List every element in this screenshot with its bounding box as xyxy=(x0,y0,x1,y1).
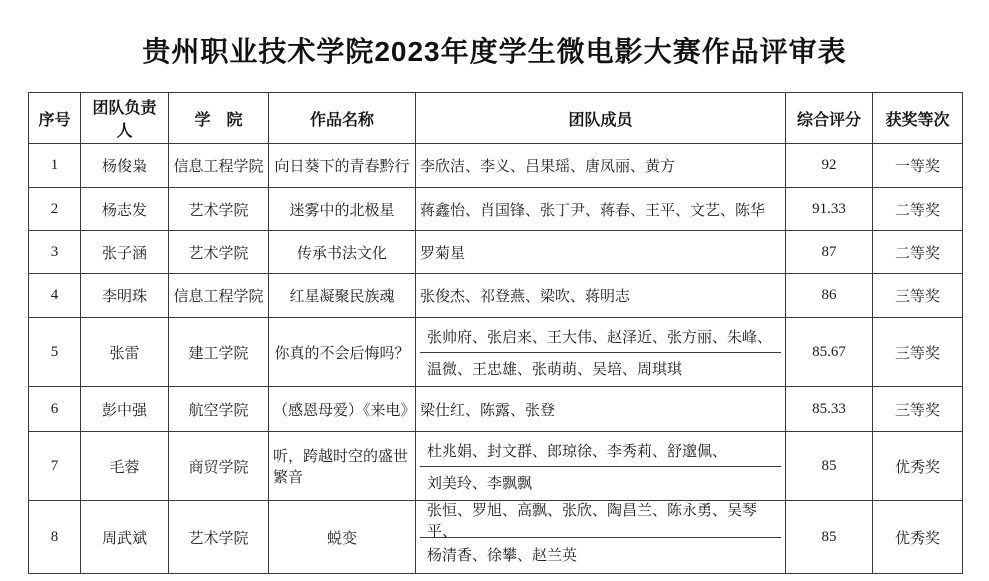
cell-score: 86 xyxy=(786,274,873,318)
cell-work: 听，跨越时空的盛世繁音 xyxy=(269,432,416,501)
cell-college: 信息工程学院 xyxy=(169,144,269,188)
table-header-row: 序号 团队负责人 学 院 作品名称 团队成员 综合评分 获奖等次 xyxy=(29,93,963,144)
cell-score: 87 xyxy=(786,231,873,274)
cell-members: 李欣洁、李义、吕果瑶、唐凤丽、黄方 xyxy=(416,144,786,188)
cell-no: 7 xyxy=(29,432,81,501)
header-no: 序号 xyxy=(29,93,81,144)
cell-work: 迷雾中的北极星 xyxy=(269,188,416,231)
cell-college: 商贸学院 xyxy=(169,432,269,501)
page-title: 贵州职业技术学院2023年度学生微电影大赛作品评审表 xyxy=(0,30,989,70)
cell-no: 3 xyxy=(29,231,81,274)
review-table: 序号 团队负责人 学 院 作品名称 团队成员 综合评分 获奖等次 1 杨俊枭 信… xyxy=(28,92,963,574)
cell-college: 航空学院 xyxy=(169,387,269,432)
members-line: 温微、王忠雄、张萌萌、吴培、周琪琪 xyxy=(420,352,781,384)
table-row: 1 杨俊枭 信息工程学院 向日葵下的青春黔行 李欣洁、李义、吕果瑶、唐凤丽、黄方… xyxy=(29,144,963,188)
cell-award: 三等奖 xyxy=(873,318,963,387)
cell-award: 一等奖 xyxy=(873,144,963,188)
cell-score: 91.33 xyxy=(786,188,873,231)
table-row: 3 张子涵 艺术学院 传承书法文化 罗菊星 87 二等奖 xyxy=(29,231,963,274)
members-line: 杨清香、徐攀、赵兰英 xyxy=(420,537,781,571)
cell-no: 8 xyxy=(29,501,81,574)
cell-award: 优秀奖 xyxy=(873,432,963,501)
cell-score: 85.67 xyxy=(786,318,873,387)
cell-work: 向日葵下的青春黔行 xyxy=(269,144,416,188)
cell-leader: 杨俊枭 xyxy=(81,144,169,188)
cell-no: 4 xyxy=(29,274,81,318)
cell-no: 5 xyxy=(29,318,81,387)
cell-work: 蜕变 xyxy=(269,501,416,574)
members-line: 张帅府、张启来、王大伟、赵泽近、张方丽、朱峰、 xyxy=(420,320,781,352)
members-line: 刘美玲、李飘飘 xyxy=(420,466,781,498)
cell-college: 艺术学院 xyxy=(169,501,269,574)
cell-award: 二等奖 xyxy=(873,231,963,274)
cell-members: 张帅府、张启来、王大伟、赵泽近、张方丽、朱峰、 温微、王忠雄、张萌萌、吴培、周琪… xyxy=(416,318,786,387)
cell-members: 梁仕红、陈露、张登 xyxy=(416,387,786,432)
header-score: 综合评分 xyxy=(786,93,873,144)
cell-college: 艺术学院 xyxy=(169,188,269,231)
header-leader: 团队负责人 xyxy=(81,93,169,144)
header-award: 获奖等次 xyxy=(873,93,963,144)
cell-college: 建工学院 xyxy=(169,318,269,387)
members-line: 张恒、罗旭、高飘、张欣、陶昌兰、陈永勇、吴琴平、 xyxy=(420,503,781,537)
cell-award: 优秀奖 xyxy=(873,501,963,574)
cell-leader: 杨志发 xyxy=(81,188,169,231)
table-row: 2 杨志发 艺术学院 迷雾中的北极星 蒋鑫怡、肖国锋、张丁尹、蒋春、王平、文艺、… xyxy=(29,188,963,231)
cell-college: 信息工程学院 xyxy=(169,274,269,318)
cell-no: 2 xyxy=(29,188,81,231)
cell-members: 张俊杰、祁登燕、梁吹、蒋明志 xyxy=(416,274,786,318)
cell-score: 85 xyxy=(786,432,873,501)
header-work: 作品名称 xyxy=(269,93,416,144)
table-row: 4 李明珠 信息工程学院 红星凝聚民族魂 张俊杰、祁登燕、梁吹、蒋明志 86 三… xyxy=(29,274,963,318)
cell-score: 92 xyxy=(786,144,873,188)
cell-members: 蒋鑫怡、肖国锋、张丁尹、蒋春、王平、文艺、陈华 xyxy=(416,188,786,231)
cell-members: 张恒、罗旭、高飘、张欣、陶昌兰、陈永勇、吴琴平、 杨清香、徐攀、赵兰英 xyxy=(416,501,786,574)
cell-award: 二等奖 xyxy=(873,188,963,231)
cell-award: 三等奖 xyxy=(873,274,963,318)
cell-members: 罗菊星 xyxy=(416,231,786,274)
cell-work: 传承书法文化 xyxy=(269,231,416,274)
cell-leader: 彭中强 xyxy=(81,387,169,432)
table-row: 8 周武斌 艺术学院 蜕变 张恒、罗旭、高飘、张欣、陶昌兰、陈永勇、吴琴平、 杨… xyxy=(29,501,963,574)
cell-members: 杜兆娟、封文群、郎琼徐、李秀莉、舒邈佩、 刘美玲、李飘飘 xyxy=(416,432,786,501)
cell-award: 三等奖 xyxy=(873,387,963,432)
cell-no: 6 xyxy=(29,387,81,432)
cell-work: 红星凝聚民族魂 xyxy=(269,274,416,318)
cell-work: 你真的不会后悔吗？ xyxy=(269,318,416,387)
cell-leader: 张子涵 xyxy=(81,231,169,274)
cell-score: 85.33 xyxy=(786,387,873,432)
cell-leader: 毛蓉 xyxy=(81,432,169,501)
cell-leader: 周武斌 xyxy=(81,501,169,574)
table-row: 7 毛蓉 商贸学院 听，跨越时空的盛世繁音 杜兆娟、封文群、郎琼徐、李秀莉、舒邈… xyxy=(29,432,963,501)
header-members: 团队成员 xyxy=(416,93,786,144)
cell-college: 艺术学院 xyxy=(169,231,269,274)
header-college: 学 院 xyxy=(169,93,269,144)
cell-no: 1 xyxy=(29,144,81,188)
members-line: 杜兆娟、封文群、郎琼徐、李秀莉、舒邈佩、 xyxy=(420,434,781,466)
table-row: 5 张雷 建工学院 你真的不会后悔吗？ 张帅府、张启来、王大伟、赵泽近、张方丽、… xyxy=(29,318,963,387)
table-row: 6 彭中强 航空学院 （感恩母爱）《来电》 梁仕红、陈露、张登 85.33 三等… xyxy=(29,387,963,432)
cell-leader: 张雷 xyxy=(81,318,169,387)
cell-leader: 李明珠 xyxy=(81,274,169,318)
cell-score: 85 xyxy=(786,501,873,574)
cell-work: （感恩母爱）《来电》 xyxy=(269,387,416,432)
